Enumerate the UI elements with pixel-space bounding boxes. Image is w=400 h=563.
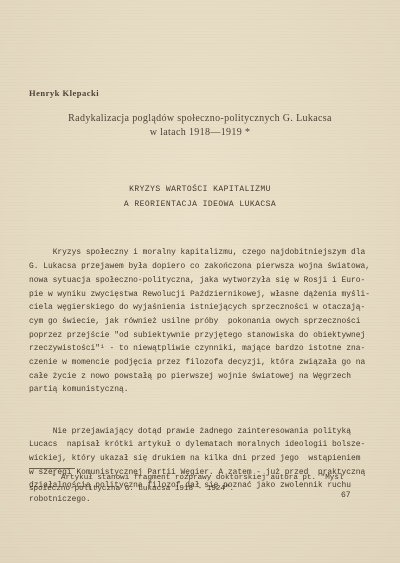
section-heading-line-2: A REORIENTACJA IDEOWA LUKACSA (0, 198, 400, 213)
page-number: 67 (341, 491, 351, 500)
body-paragraph-2: Nie przejawiający dotąd prawie żadnego z… (29, 425, 377, 507)
article-title: Radykalizacja poglądów społeczno-polityc… (0, 112, 400, 140)
footnote: * Artykuł stanowi fragment rozprawy dokt… (29, 473, 369, 494)
scanned-document-page: Henryk Klepacki Radykalizacja poglądów s… (0, 0, 400, 563)
article-title-line-1: Radykalizacja poglądów społeczno-polityc… (0, 112, 400, 126)
section-heading: KRYZYS WARTOŚCI KAPITALIZMU A REORIENTAC… (0, 183, 400, 212)
section-heading-line-1: KRYZYS WARTOŚCI KAPITALIZMU (0, 183, 400, 198)
author-byline: Henryk Klepacki (29, 88, 99, 98)
article-title-line-2: w latach 1918—1919 * (0, 126, 400, 140)
body-paragraph-1: Kryzys społeczny i moralny kapitalizmu, … (29, 246, 377, 397)
footnote-divider (29, 468, 75, 469)
